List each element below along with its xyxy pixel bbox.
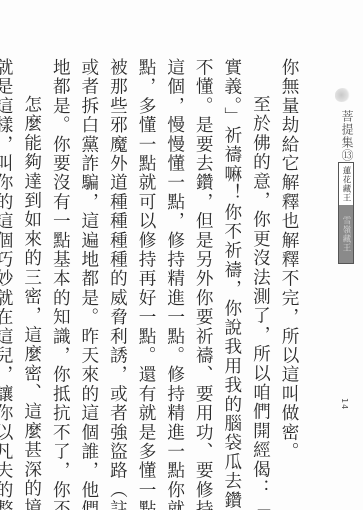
volume-mark: ⑬ xyxy=(340,149,354,162)
text-column: 或者拆白黨詐騙，這遍地都是。昨天來的這個誰，他們談的，說遍 xyxy=(74,58,103,498)
text-column: 點，多懂一點就可以修持再好一點。還有就是多懂一點，你就不會 xyxy=(131,58,160,498)
text-column: 就是這樣，叫你的這個巧妙就在這兒，讓你以凡夫的整個身口意， xyxy=(0,58,17,498)
series-label-box: 蓮花藏王 雪嶺藏王 xyxy=(338,162,354,264)
book-title: 菩提集⑬ xyxy=(340,110,354,162)
body-text: 你無量劫給它解釋也解釋不完，所以這叫做密。 至於佛的意，你更沒法測了，所以咱們開… xyxy=(0,58,303,498)
text-column: 至於佛的意，你更沒法測了，所以咱們開經偈：「願解如來真 xyxy=(246,58,275,498)
text-column: 你無量劫給它解釋也解釋不完，所以這叫做密。 xyxy=(274,58,303,498)
text-column: 這個，慢慢懂一點，修持精進一點。修持精進一點你就可以多懂一 xyxy=(160,58,189,498)
text-column: 不懂。是要去鑽，但是另外你要祈禱、要用功、要修持。憑你現在 xyxy=(189,58,218,498)
book-title-text: 菩提集 xyxy=(340,110,354,149)
series-label-upper: 蓮花藏王 xyxy=(339,163,353,205)
text-column: 實義。」祈禱嘛！你不祈禱，你說我用我的腦袋瓜去鑽，你愈鑽愈 xyxy=(217,58,246,498)
text-column: 被那些邪魔外道種種種種的威脅利誘，或者強盜路（註：同擄）劫， xyxy=(103,58,132,498)
text-column: 地都是。你要沒有一點基本的知識，你抵抗不了，你不能免疫。 xyxy=(46,58,75,498)
page-number: 14 xyxy=(340,398,349,410)
series-label-lower: 雪嶺藏王 xyxy=(339,205,353,263)
lotus-cloud-icon xyxy=(335,88,351,102)
book-page: 菩提集⑬ 蓮花藏王 雪嶺藏王 14 你無量劫給它解釋也解釋不完，所以這叫做密。 … xyxy=(0,0,363,510)
text-column: 怎麼能夠達到如來的三密，這麼密、這麼甚深的境界？密法 xyxy=(17,58,46,498)
